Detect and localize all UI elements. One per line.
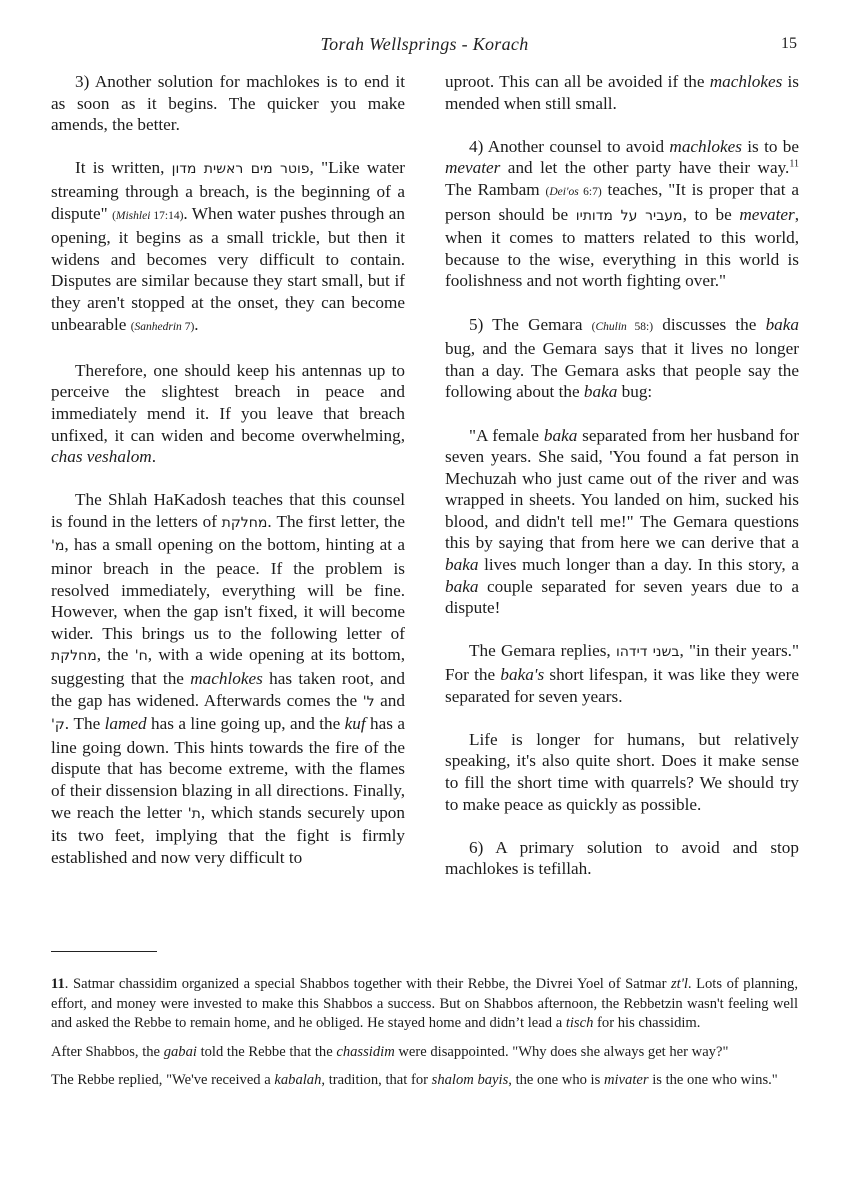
text: . Satmar chassidim organized a special S… bbox=[65, 976, 671, 992]
text: and bbox=[375, 691, 405, 710]
left-column: 3) Another solution for machlokes is to … bbox=[51, 71, 405, 868]
italic-term: baka bbox=[445, 555, 478, 574]
hebrew-letter: מ' bbox=[51, 538, 64, 554]
citation-book: Sanhedrin bbox=[135, 321, 182, 333]
text: 5) The Gemara bbox=[469, 315, 592, 334]
italic-term: baka bbox=[445, 577, 478, 596]
paragraph-solution-6: 6) A primary solution to avoid and stop … bbox=[445, 837, 799, 880]
text: . The first letter, the bbox=[267, 512, 405, 531]
italic-term: gabai bbox=[164, 1044, 197, 1060]
book-title: Torah Wellsprings - Korach bbox=[0, 34, 849, 55]
text: for his chassidim. bbox=[593, 1015, 700, 1031]
text: , has a small opening on the bottom, hin… bbox=[51, 535, 405, 642]
right-column: uproot. This can all be avoided if the m… bbox=[445, 71, 799, 880]
citation-ref: 17:14) bbox=[150, 210, 183, 222]
text: Therefore, one should keep his antennas … bbox=[51, 361, 405, 445]
text: . bbox=[152, 447, 156, 466]
italic-term: chassidim bbox=[336, 1044, 394, 1060]
italic-term: shalom bayis bbox=[432, 1072, 509, 1088]
text: 3) Another solution for machlokes is to … bbox=[51, 72, 405, 134]
text: discusses the bbox=[653, 315, 766, 334]
text: . The bbox=[65, 714, 105, 733]
italic-term: baka bbox=[544, 426, 577, 445]
footnote-divider bbox=[51, 951, 157, 952]
paragraph-baka-quote: "A female baka separated from her husban… bbox=[445, 425, 799, 619]
hebrew-text: בשני דידהו bbox=[616, 644, 680, 660]
text: lives much longer than a day. In this st… bbox=[478, 555, 799, 574]
paragraph-mishlei-quote: It is written, פוטר מים ראשית מדון, "Lik… bbox=[51, 157, 405, 338]
citation-ref: 6:7) bbox=[579, 186, 602, 198]
text: The Rebbe replied, "We've received a bbox=[51, 1072, 274, 1088]
text: , the bbox=[97, 645, 135, 664]
text: It is written, bbox=[75, 158, 172, 177]
text: , tradition, that for bbox=[321, 1072, 431, 1088]
text: uproot. This can all be avoided if the bbox=[445, 72, 710, 91]
text: and let the other party have their way. bbox=[500, 158, 789, 177]
italic-term: machlokes bbox=[710, 72, 783, 91]
text: , the one who is bbox=[508, 1072, 604, 1088]
paragraph-gemara-5: 5) The Gemara (Chulin 58:) discusses the… bbox=[445, 314, 799, 403]
text: has a line going up, and the bbox=[147, 714, 345, 733]
text: Life is longer for humans, but relativel… bbox=[445, 730, 799, 814]
page-number: 15 bbox=[781, 35, 797, 53]
italic-term: baka bbox=[584, 382, 617, 401]
paragraph-continuation: uproot. This can all be avoided if the m… bbox=[445, 71, 799, 114]
footnote-11-paragraph-2: After Shabbos, the gabai told the Rebbe … bbox=[51, 1043, 798, 1063]
text: "A female bbox=[469, 426, 544, 445]
citation-ref: 7) bbox=[182, 321, 194, 333]
text: told the Rebbe that the bbox=[197, 1044, 336, 1060]
italic-term: baka's bbox=[500, 665, 544, 684]
citation-ref: 58:) bbox=[627, 321, 653, 333]
hebrew-text: פוטר מים ראשית מדון bbox=[172, 161, 310, 177]
italic-term: mevater bbox=[445, 158, 500, 177]
italic-term: machlokes bbox=[190, 669, 263, 688]
source-citation: (Dei'os 6:7) bbox=[546, 186, 602, 198]
italic-term: tisch bbox=[566, 1015, 594, 1031]
italic-term: kabalah bbox=[274, 1072, 321, 1088]
paragraph-counsel-4: 4) Another counsel to avoid machlokes is… bbox=[445, 136, 799, 292]
source-citation: (Sanhedrin 7) bbox=[131, 321, 195, 333]
paragraph-life-longer: Life is longer for humans, but relativel… bbox=[445, 729, 799, 815]
italic-term: zt'l bbox=[671, 976, 688, 992]
italic-term: chas veshalom bbox=[51, 447, 152, 466]
text: 6) A primary solution to avoid and stop … bbox=[445, 838, 799, 879]
paragraph-gemara-replies: The Gemara replies, בשני דידהו, "in thei… bbox=[445, 640, 799, 707]
hebrew-text: מחלקת bbox=[222, 515, 268, 531]
text: is the one who wins." bbox=[649, 1072, 778, 1088]
text: . bbox=[194, 315, 198, 334]
hebrew-letter: ק' bbox=[51, 717, 65, 733]
italic-term: baka bbox=[766, 315, 799, 334]
footnote-11: 11. Satmar chassidim organized a special… bbox=[51, 975, 798, 1034]
text: 4) Another counsel to avoid bbox=[469, 137, 669, 156]
paragraph-solution-3: 3) Another solution for machlokes is to … bbox=[51, 71, 405, 136]
italic-term: mevater bbox=[739, 205, 794, 224]
source-citation: (Mishlei 17:14) bbox=[112, 210, 183, 222]
italic-term: machlokes bbox=[669, 137, 742, 156]
text: After Shabbos, the bbox=[51, 1044, 164, 1060]
text: couple separated for seven years due to … bbox=[445, 577, 799, 618]
text: , to be bbox=[683, 205, 740, 224]
hebrew-letter: ל' bbox=[363, 694, 375, 710]
hebrew-text: מחלקת bbox=[51, 648, 97, 664]
footnote-number: 11 bbox=[51, 976, 65, 992]
text: . When water pushes through an opening, … bbox=[51, 204, 405, 334]
hebrew-text: מעביר על מדותיו bbox=[576, 208, 683, 224]
text: were disappointed. "Why does she always … bbox=[395, 1044, 729, 1060]
text: is to be bbox=[742, 137, 799, 156]
footnote-reference[interactable]: 11 bbox=[789, 159, 799, 170]
citation-book: Dei'os bbox=[549, 186, 578, 198]
italic-term: lamed bbox=[105, 714, 147, 733]
running-header: Torah Wellsprings - Korach 15 bbox=[0, 30, 849, 58]
italic-term: kuf bbox=[345, 714, 366, 733]
hebrew-letter: ת' bbox=[188, 806, 201, 822]
text: The Rambam bbox=[445, 180, 546, 199]
paragraph-antennas: Therefore, one should keep his antennas … bbox=[51, 360, 405, 468]
italic-term: mivater bbox=[604, 1072, 649, 1088]
text: bug: bbox=[617, 382, 652, 401]
footnotes-section: 11. Satmar chassidim organized a special… bbox=[51, 975, 798, 1100]
citation-book: Mishlei bbox=[116, 210, 151, 222]
text: The Gemara replies, bbox=[469, 641, 616, 660]
hebrew-letter: ח' bbox=[135, 648, 148, 664]
footnote-11-paragraph-3: The Rebbe replied, "We've received a kab… bbox=[51, 1071, 798, 1091]
citation-book: Chulin bbox=[595, 321, 626, 333]
source-citation: (Chulin 58:) bbox=[592, 321, 653, 333]
paragraph-shlah: The Shlah HaKadosh teaches that this cou… bbox=[51, 489, 405, 868]
